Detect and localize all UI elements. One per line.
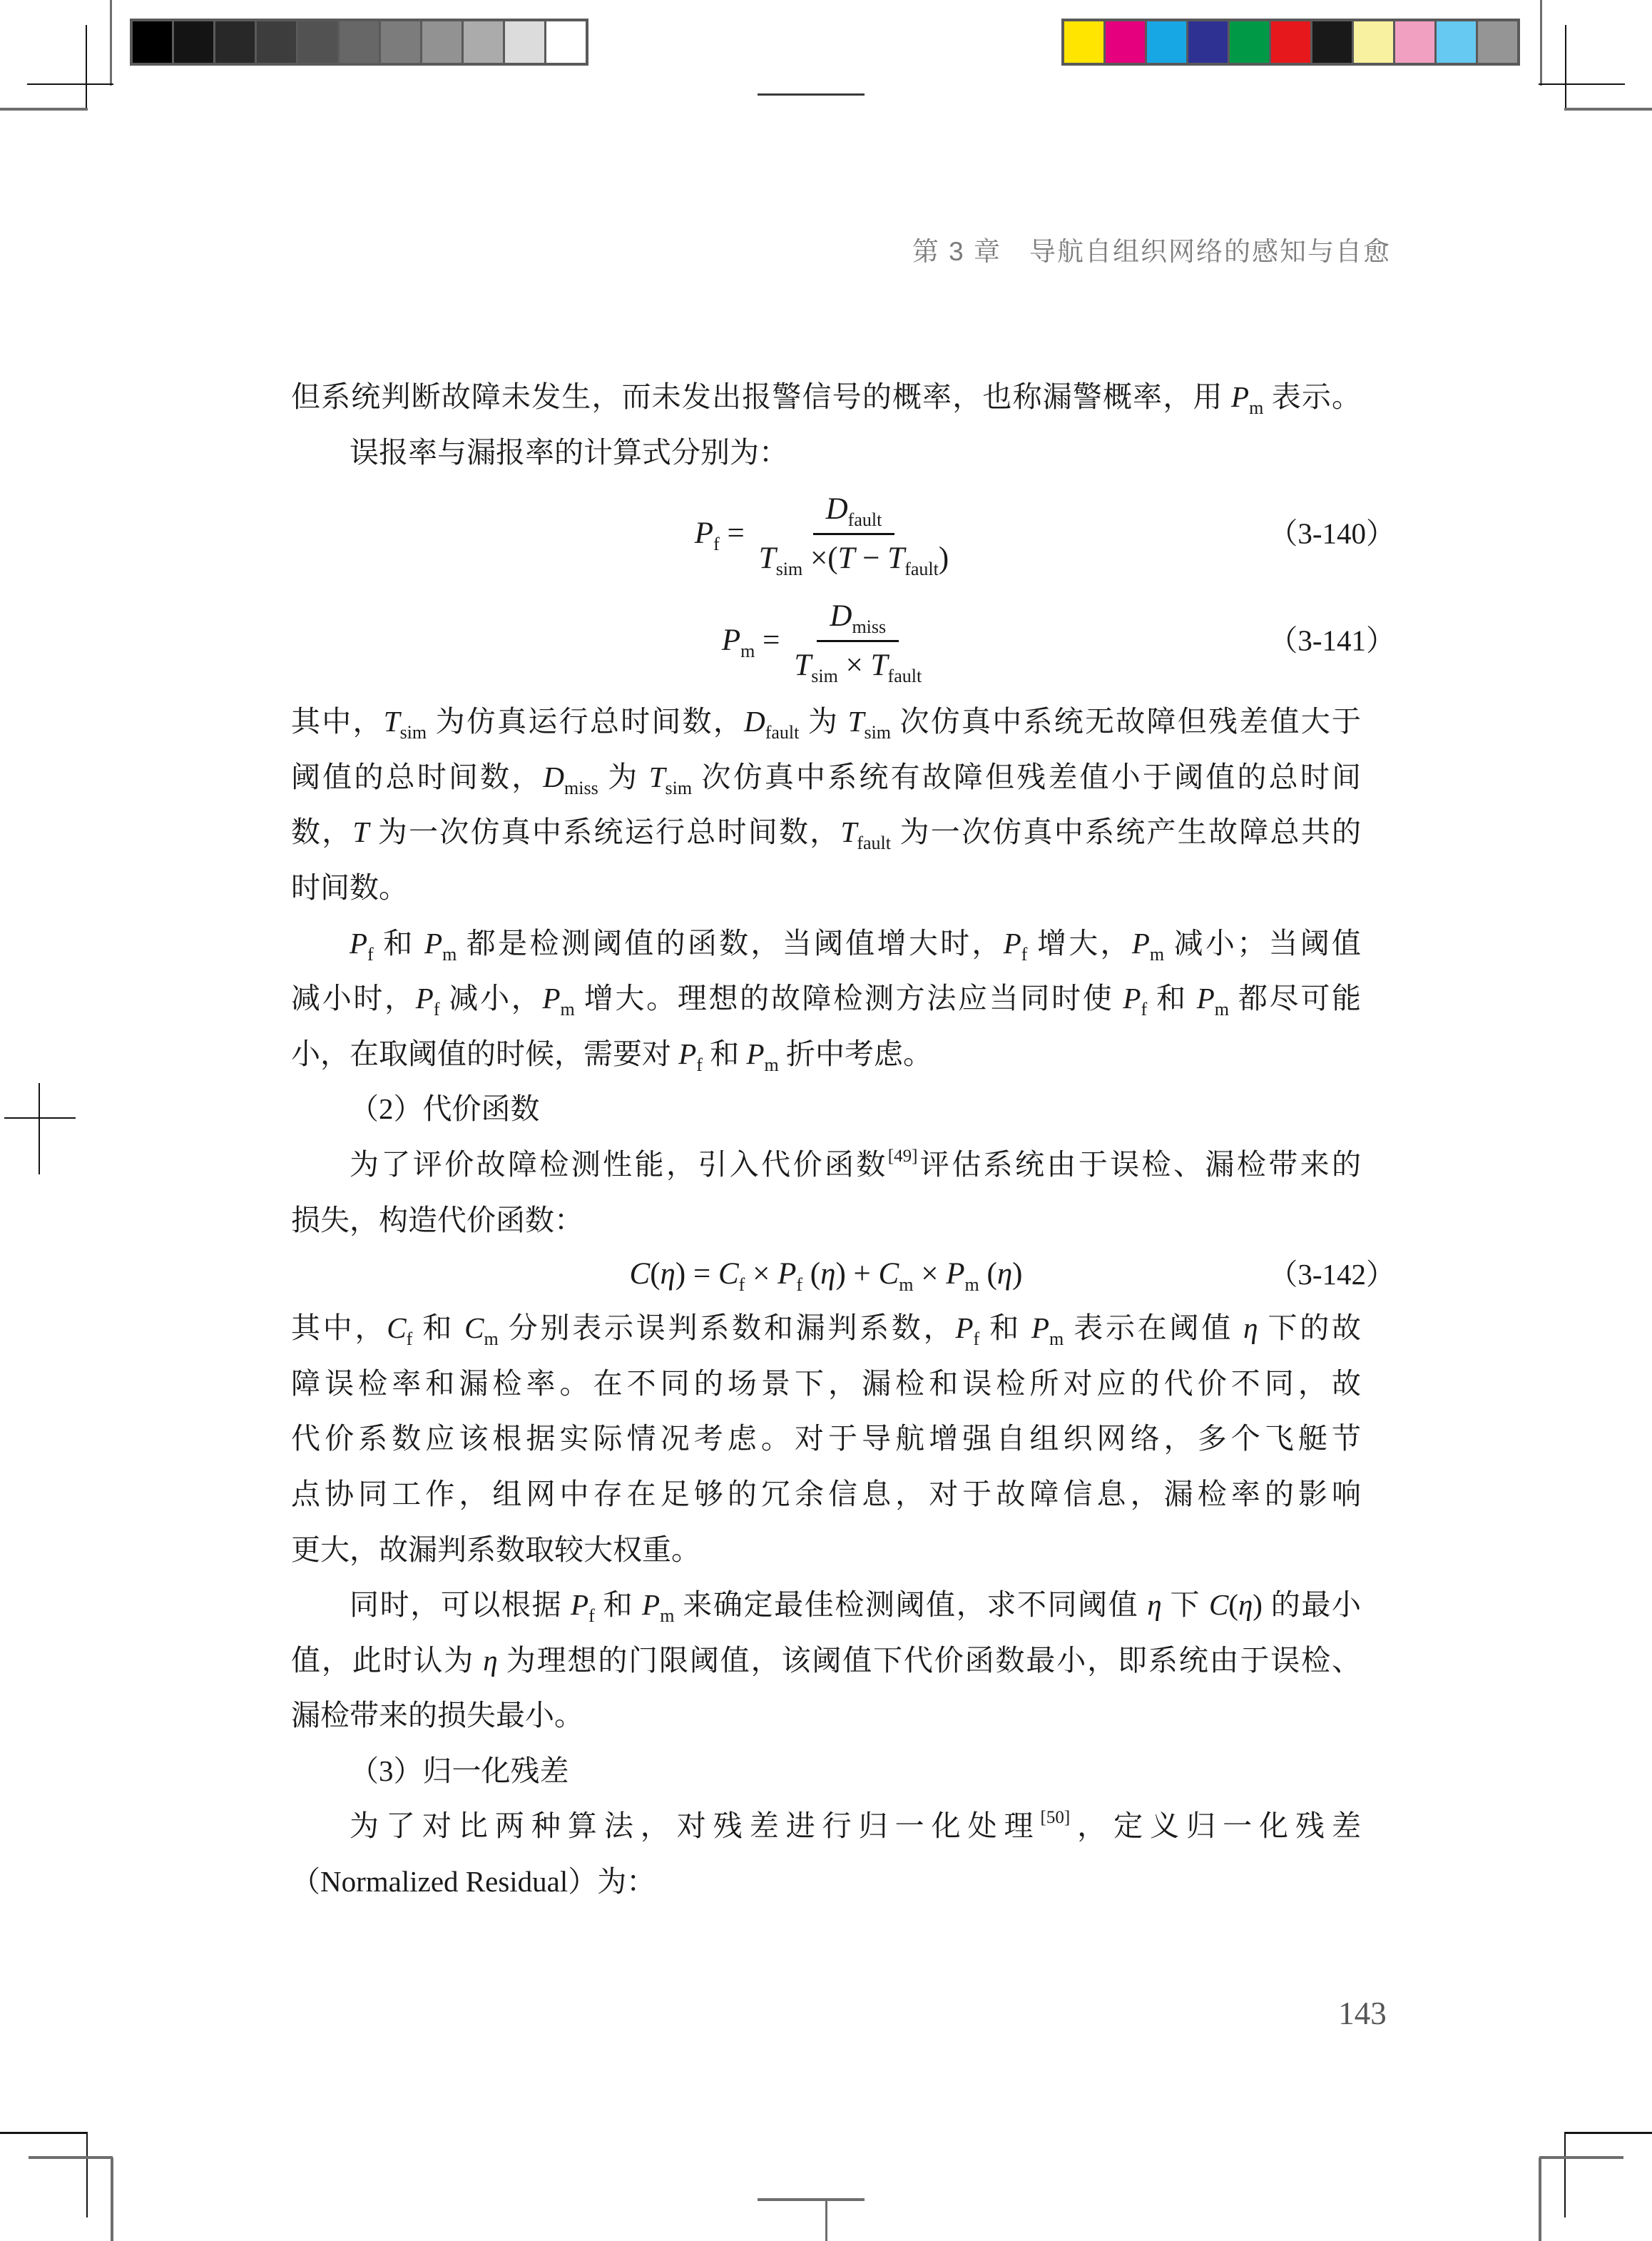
text-line: 点协同工作，组网中存在足够的冗余信息，对于故障信息，漏检率的影响: [291, 1467, 1361, 1523]
crop-mark: [39, 1083, 40, 1174]
grayscale-swatch: [257, 21, 296, 63]
crop-mark: [825, 2198, 827, 2241]
crop-mark: [1539, 83, 1625, 85]
text-line: 值，此时认为 η 为理想的门限阈值，该阈值下代价函数最小，即系统由于误检、: [291, 1633, 1361, 1689]
equation-number: （3-141）: [1268, 624, 1395, 658]
book-page: 第 3 章 导航自组织网络的感知与自愈 但系统判断故障未发生，而未发出报警信号的…: [0, 0, 1652, 2241]
crop-mark: [1564, 108, 1652, 111]
crop-mark: [27, 83, 113, 85]
color-swatch: [1312, 21, 1352, 63]
grayscale-swatch: [464, 21, 503, 63]
text-line: 阈值的总时间数，Dmiss 为 Tsim 次仿真中系统有故障但残差值小于阈值的总…: [291, 750, 1361, 806]
grayscale-swatch: [422, 21, 462, 63]
text-line: 误报率与漏报率的计算式分别为：: [291, 425, 1361, 481]
text-line: 障误检率和漏检率。在不同的场景下，漏检和误检所对应的代价不同，故: [291, 1356, 1361, 1412]
grayscale-calibration-bar: [130, 19, 588, 66]
text-line: 数，T 为一次仿真中系统运行总时间数，Tfault 为一次仿真中系统产生故障总共…: [291, 805, 1361, 860]
color-swatch: [1147, 21, 1186, 63]
crop-mark: [0, 108, 88, 111]
chapter-running-header: 第 3 章 导航自组织网络的感知与自愈: [912, 230, 1391, 268]
text-line: 其中，Tsim 为仿真运行总时间数，Dfault 为 Tsim 次仿真中系统无故…: [291, 694, 1361, 750]
color-swatch: [1230, 21, 1269, 63]
color-swatch: [1106, 21, 1145, 63]
text-line: 为了对比两种算法，对残差进行归一化处理[50]，定义归一化残差: [291, 1799, 1361, 1854]
color-swatch: [1395, 21, 1434, 63]
grayscale-swatch: [546, 21, 586, 63]
color-swatch: [1271, 21, 1310, 63]
equation: Pm =DmissTsim × Tfault（3-141）: [291, 587, 1361, 694]
equation: Pf =DfaultTsim ×(T − Tfault)（3-140）: [291, 480, 1361, 587]
grayscale-swatch: [381, 21, 420, 63]
equation-number: （3-142）: [1268, 1248, 1395, 1301]
crop-mark: [86, 25, 87, 111]
text-line: （2）代价函数: [291, 1082, 1361, 1137]
crop-mark: [758, 2198, 865, 2201]
crop-mark: [1539, 2156, 1623, 2159]
text-line: 更大，故漏判系数取较大权重。: [291, 1523, 1361, 1578]
page-number: 143: [1320, 1995, 1405, 2032]
text-line: （3）归一化残差: [291, 1744, 1361, 1799]
content-lines: 但系统判断故障未发生，而未发出报警信号的概率，也称漏警概率，用 Pm 表示。误报…: [291, 370, 1361, 1910]
crop-mark: [29, 2156, 113, 2159]
crop-mark: [758, 93, 865, 96]
crop-mark: [1564, 2132, 1566, 2217]
text-line: 为了评价故障检测性能，引入代价函数[49]评估系统由于误检、漏检带来的: [291, 1137, 1361, 1193]
text-line: 但系统判断故障未发生，而未发出报警信号的概率，也称漏警概率，用 Pm 表示。: [291, 370, 1361, 425]
crop-mark: [86, 2132, 88, 2217]
crop-mark: [1565, 2132, 1652, 2134]
color-swatch: [1354, 21, 1393, 63]
crop-mark: [0, 2132, 87, 2134]
grayscale-swatch: [505, 21, 544, 63]
equation-number: （3-140）: [1268, 517, 1395, 551]
color-swatch: [1064, 21, 1103, 63]
crop-mark: [4, 1117, 76, 1119]
text-line: 漏检带来的损失最小。: [291, 1688, 1361, 1744]
crop-mark: [111, 2158, 113, 2241]
equation: C(η) = Cf × Pf (η) + Cm × Pm (η)（3-142）: [291, 1248, 1361, 1301]
crop-mark: [1539, 2158, 1541, 2241]
text-line: 减小时，Pf 减小，Pm 增大。理想的故障检测方法应当同时使 Pf 和 Pm 都…: [291, 971, 1361, 1027]
crop-mark: [1565, 25, 1566, 111]
grayscale-swatch: [174, 21, 213, 63]
grayscale-swatch: [133, 21, 172, 63]
text-line: Pf 和 Pm 都是检测阈值的函数，当阈值增大时，Pf 增大，Pm 减小；当阈值: [291, 916, 1361, 972]
text-line: 同时，可以根据 Pf 和 Pm 来确定最佳检测阈值，求不同阈值 η 下 C(η)…: [291, 1577, 1361, 1633]
text-line: 其中，Cf 和 Cm 分别表示误判系数和漏判系数，Pf 和 Pm 表示在阈值 η…: [291, 1301, 1361, 1356]
text-line: 代价系数应该根据实际情况考虑。对于导航增强自组织网络，多个飞艇节: [291, 1411, 1361, 1467]
text-line: （Normalized Residual）为：: [291, 1854, 1361, 1910]
crop-mark: [1540, 0, 1542, 86]
text-line: 损失，构造代价函数：: [291, 1193, 1361, 1249]
text-line: 时间数。: [291, 860, 1361, 916]
grayscale-swatch: [340, 21, 379, 63]
color-swatch: [1478, 21, 1517, 63]
crop-mark: [110, 0, 112, 86]
grayscale-swatch: [298, 21, 337, 63]
text-line: 小，在取阈值的时候，需要对 Pf 和 Pm 折中考虑。: [291, 1027, 1361, 1082]
color-swatch: [1188, 21, 1228, 63]
color-calibration-bar: [1061, 19, 1520, 66]
color-swatch: [1437, 21, 1476, 63]
grayscale-swatch: [215, 21, 255, 63]
